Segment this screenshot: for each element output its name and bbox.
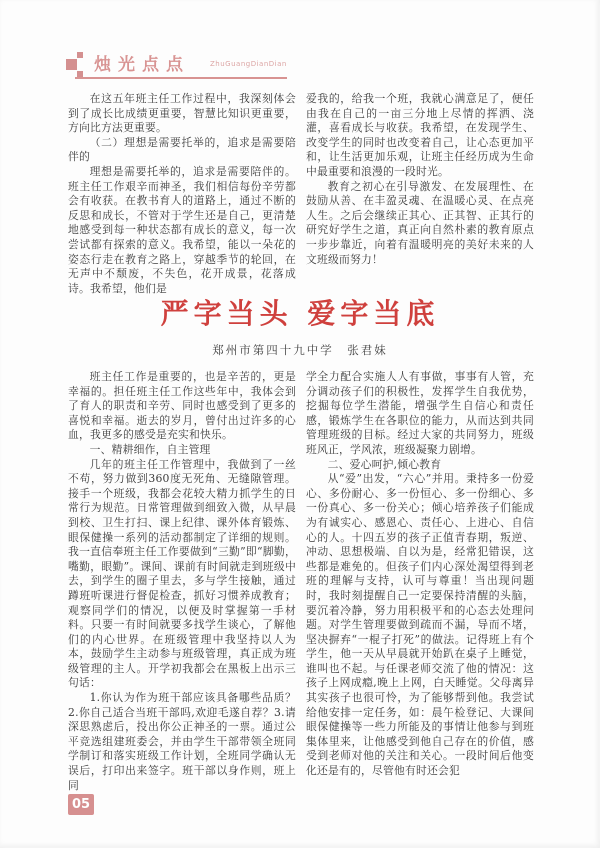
body-paragraph: 爱我的，给我一个班，我就心满意足了，便任由我在自己的一亩三分地上尽情的挥洒、浇灌…	[306, 92, 534, 180]
section-heading: （二）理想是需要托举的，追求是需要陪伴的	[68, 136, 296, 165]
article-title: 严字当头 爱字当底	[0, 292, 600, 332]
body-paragraph: 学全力配合实施人人有事做，事事有人管，充分调动孩子们的积极性，发挥学生自我优势，…	[306, 370, 534, 458]
intro-left-column: 在这五年班主任工作过程中，我深刻体会到了成长比成绩更重要，智慧比知识更重要，方向…	[68, 92, 296, 296]
body-paragraph: 从“爱”出发，“六心”并用。秉持多一份爱心、多份耐心、多一份恒心、多一份细心、多…	[306, 472, 534, 778]
intro-section: 在这五年班主任工作过程中，我深刻体会到了成长比成绩更重要，智慧比知识更重要，方向…	[68, 92, 534, 296]
body-paragraph: 1.你认为作为班干部应该具备哪些品质？2.你自己适合当班干部吗,欢迎毛遂自荐？3…	[68, 691, 296, 793]
article-body-section: 班主任工作是重要的，也是辛苦的，更是幸福的。担任班主任工作这些年中，我体会到了育…	[68, 370, 534, 793]
article-left-column: 班主任工作是重要的，也是辛苦的，更是幸福的。担任班主任工作这些年中，我体会到了育…	[68, 370, 296, 793]
brand-squares-icon	[64, 52, 88, 78]
body-paragraph: 理想是需要托举的，追求是需要陪伴的。班主任工作艰辛而神圣，我们相信每份辛劳都会有…	[68, 165, 296, 296]
magazine-page: 烛光点点 ZhuGuangDianDian 在这五年班主任工作过程中，我深刻体会…	[0, 0, 600, 848]
intro-right-column: 爱我的，给我一个班，我就心满意足了，便任由我在自己的一亩三分地上尽情的挥洒、浇灌…	[306, 92, 534, 296]
section-heading: 一、精耕细作，自主管理	[68, 443, 296, 458]
column-brand-title: 烛光点点	[94, 50, 190, 75]
section-heading: 二、爱心呵护,倾心教育	[306, 458, 534, 473]
body-paragraph: 教育之初心在引导激发、在发展理性、在鼓励从善、在丰盈灵魂、在温暖心灵、在点亮人生…	[306, 180, 534, 268]
body-paragraph: 在这五年班主任工作过程中，我深刻体会到了成长比成绩更重要，智慧比知识更重要，方向…	[68, 92, 296, 136]
article-right-column: 学全力配合实施人人有事做，事事有人管，充分调动孩子们的积极性，发挥学生自我优势，…	[306, 370, 534, 793]
page-number-badge: 05	[68, 794, 94, 815]
masthead-underline	[75, 77, 287, 79]
column-masthead: 烛光点点 ZhuGuangDianDian	[64, 48, 534, 82]
body-paragraph: 几年的班主任工作管理中，我做到了一丝不苟，努力做到360度无死角、无缝隙管理。接…	[68, 458, 296, 692]
article-byline: 郑州市第四十九中学 张君妹	[0, 342, 600, 358]
column-brand-pinyin: ZhuGuangDianDian	[210, 60, 287, 68]
body-paragraph: 班主任工作是重要的，也是辛苦的，更是幸福的。担任班主任工作这些年中，我体会到了育…	[68, 370, 296, 443]
